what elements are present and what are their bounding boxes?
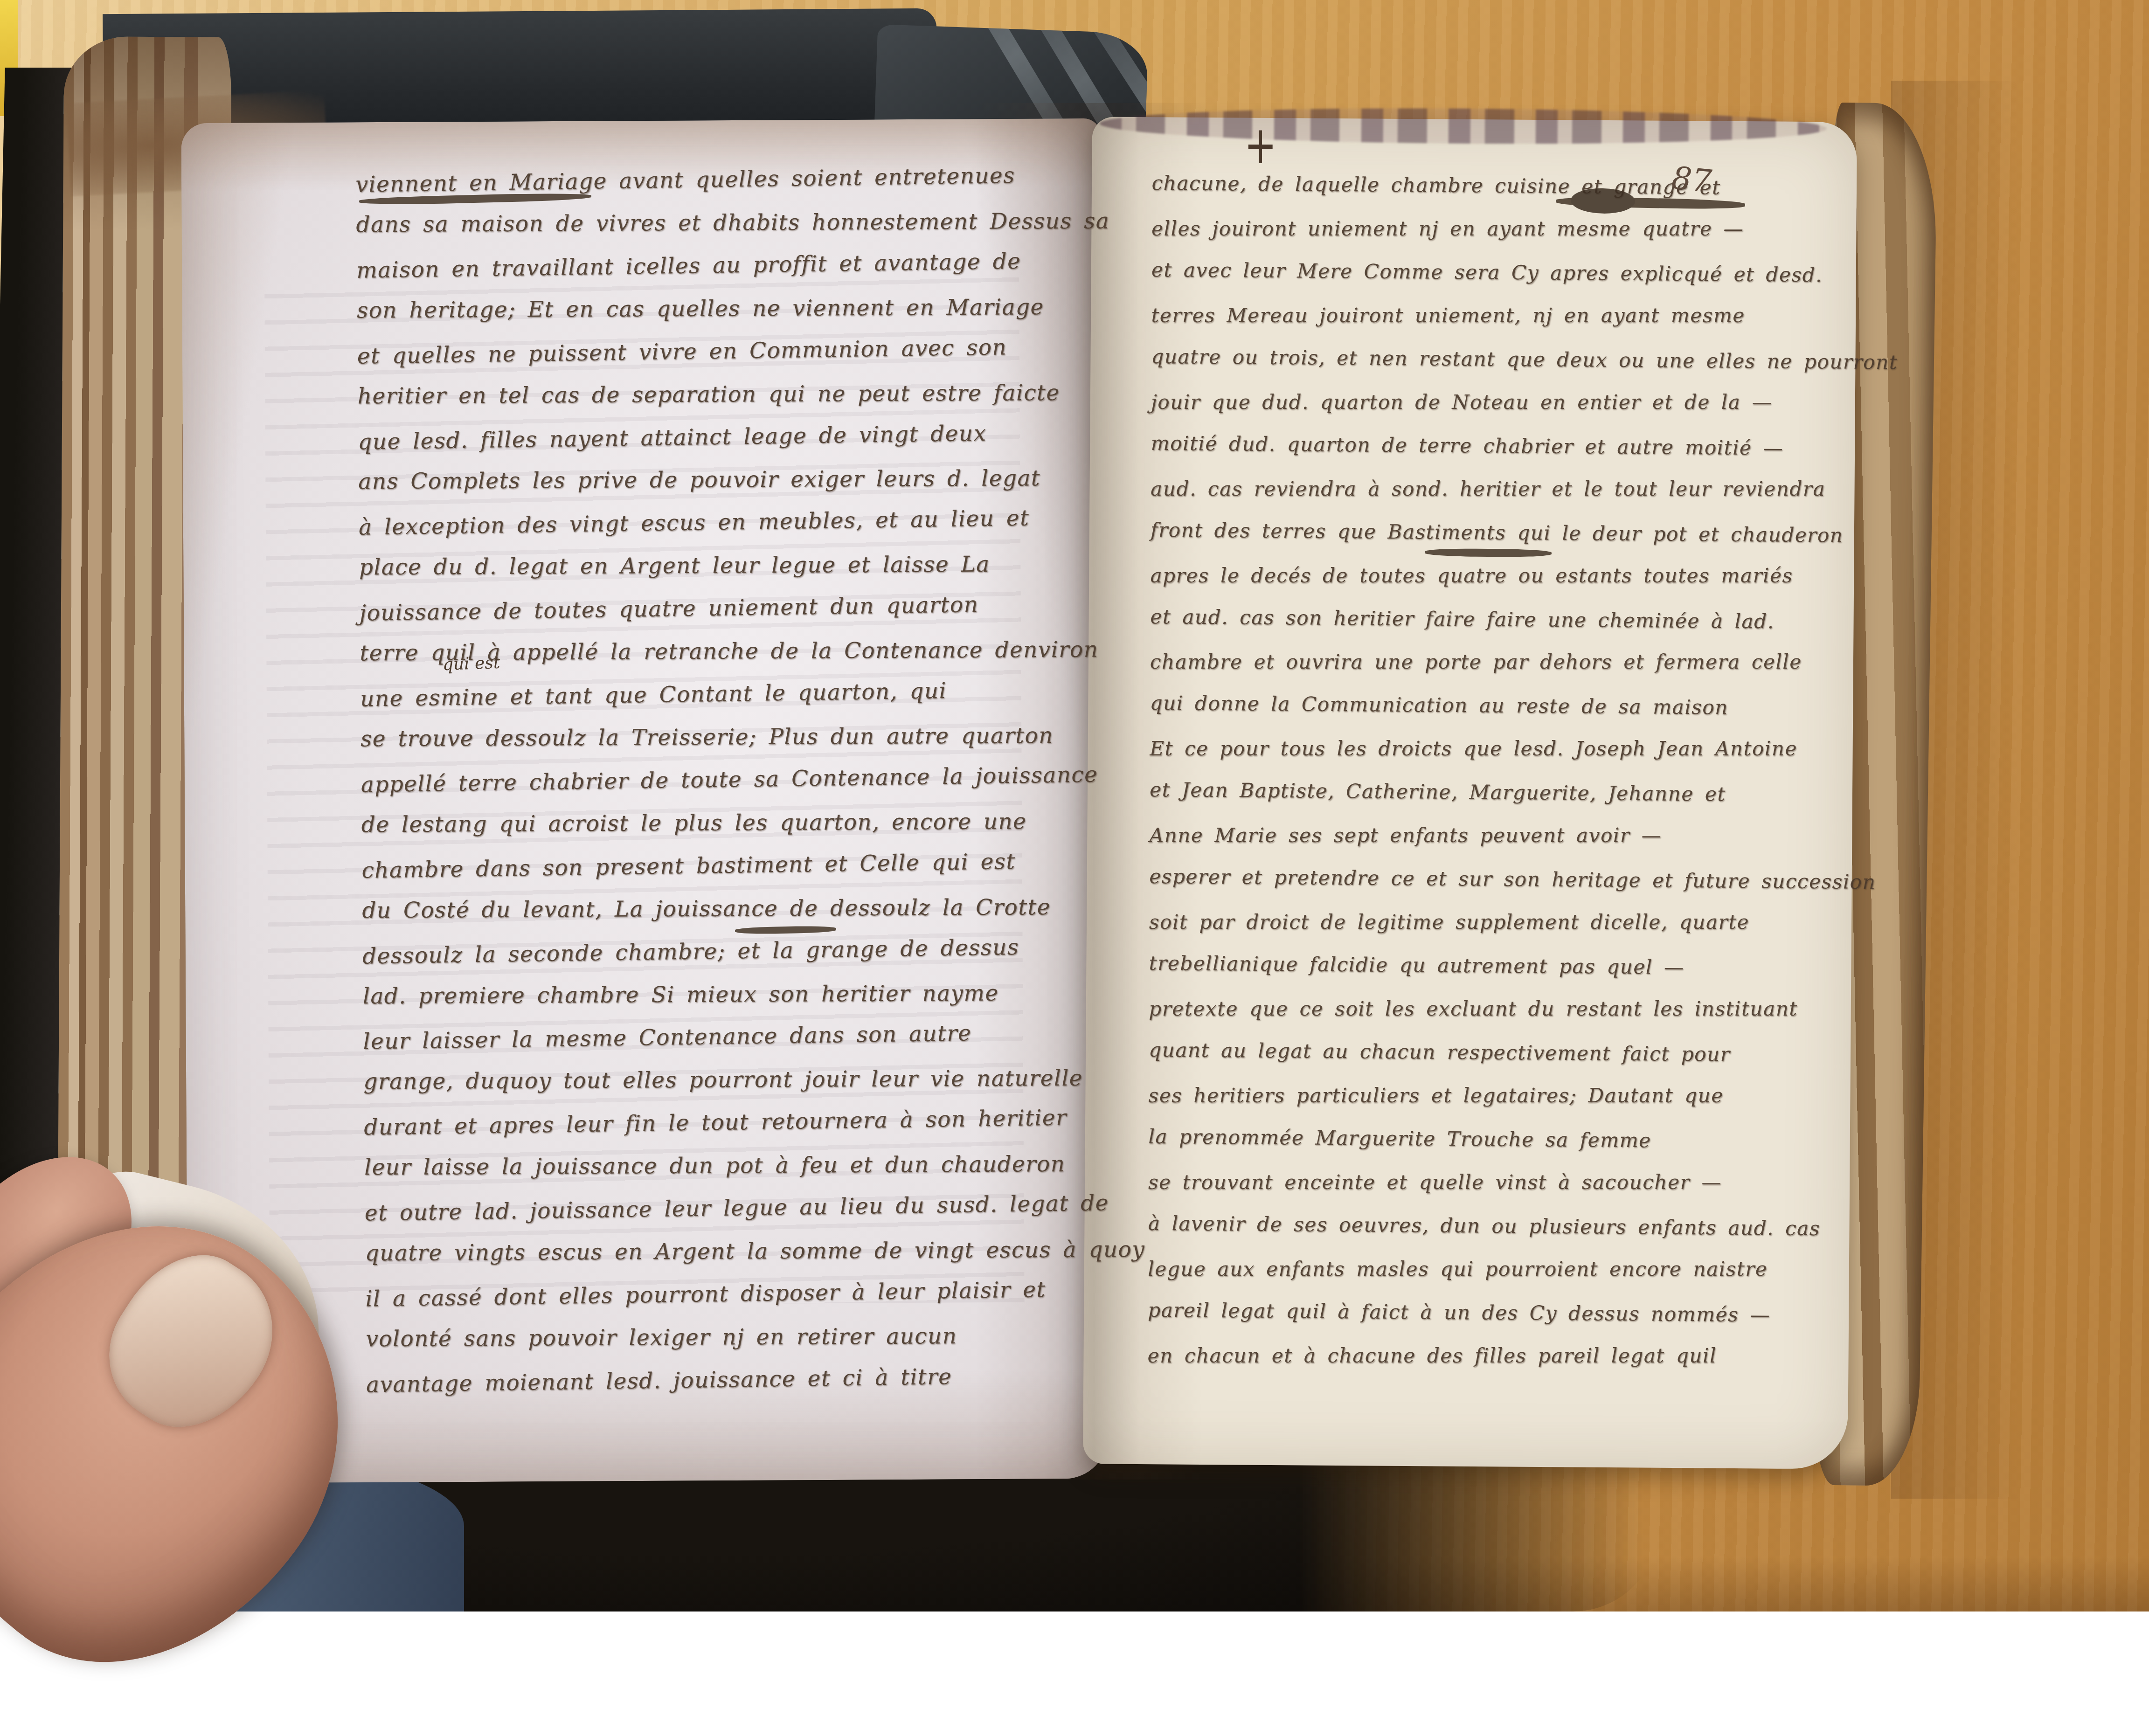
left-page-text: viennent en Mariage avant quelles soient… — [356, 165, 1012, 1413]
manuscript-line: ans Complets les prive de pouvoir exiger… — [358, 466, 1003, 512]
manuscript-line: et aud. cas son heritier faire faire une… — [1150, 605, 1752, 653]
manuscript-line: viennent en Mariage avant quelles soient… — [355, 163, 1001, 215]
manuscript-line: une esmine et tant que Contant le quarto… — [360, 678, 1005, 729]
manuscript-line: heritier en tel cas de separation qui ne… — [358, 380, 1003, 427]
manuscript-line: Anne Marie ses sept enfants peuvent avoi… — [1150, 824, 1751, 868]
manuscript-line: en chacun et à chacune des filles pareil… — [1148, 1344, 1749, 1388]
manuscript-line: lad. premiere chambre Si mieux son herit… — [363, 981, 1008, 1027]
manuscript-line: qui donne la Communication au reste de s… — [1150, 692, 1752, 740]
manuscript-line: apres le decés de toutes quatre ou estan… — [1151, 564, 1752, 608]
manuscript-line: maison en travaillant icelles au proffit… — [356, 249, 1002, 301]
manuscript-line: que lesd. filles nayent attainct leage d… — [358, 420, 1003, 472]
cross-annotation-mark: + — [1244, 115, 1277, 176]
manuscript-line: se trouvant enceinte et quelle vinst à s… — [1148, 1171, 1750, 1214]
manuscript-line: volonté sans pouvoir lexiger nj en retir… — [366, 1323, 1011, 1369]
manuscript-line: et avec leur Mere Comme sera Cy apres ex… — [1151, 258, 1754, 306]
manuscript-line: Et ce pour tous les droicts que lesd. Jo… — [1150, 738, 1751, 781]
manuscript-line: leur laisse la jouissance dun pot à feu … — [364, 1152, 1009, 1198]
page-number: 87 — [1670, 159, 1713, 199]
manuscript-line: leur laisser la mesme Contenance dans so… — [363, 1020, 1008, 1072]
manuscript-line: à lavenir de ses oeuvres, dun ou plusieu… — [1148, 1212, 1750, 1260]
manuscript-line: appellé terre chabrier de toute sa Conte… — [361, 763, 1006, 815]
manuscript-line: aud. cas reviendra à sond. heritier et l… — [1151, 477, 1752, 521]
manuscript-line: ses heritiers particuliers et legataires… — [1149, 1084, 1750, 1127]
manuscript-line: jouissance de toutes quatre uniement dun… — [359, 592, 1005, 643]
manuscript-line: chambre et ouvrira une porte par dehors … — [1150, 651, 1752, 694]
manuscript-line: jouir que dud. quarton de Noteau en enti… — [1151, 391, 1753, 434]
manuscript-line: terres Mereau jouiront uniement, nj en a… — [1151, 304, 1753, 347]
manuscript-line: dessoulz la seconde chambre; et la grang… — [362, 934, 1008, 986]
manuscript-line: à lexception des vingt escus en meubles,… — [359, 506, 1004, 558]
manuscript-line: et quelles ne puissent vivre en Communio… — [357, 334, 1003, 386]
manuscript-line: pareil legat quil à faict à un des Cy de… — [1148, 1299, 1750, 1347]
manuscript-line: pretexte que ce soit les excluant du res… — [1149, 997, 1750, 1041]
manuscript-line: avantage moienant lesd. jouissance et ci… — [366, 1363, 1012, 1415]
manuscript-line: soit par droict de legitime supplement d… — [1149, 911, 1751, 954]
manuscript-line: quatre vingts escus en Argent la somme d… — [365, 1238, 1010, 1284]
interline-note: qui est — [443, 653, 501, 674]
manuscript-line: il a cassé dont elles pourront disposer … — [365, 1278, 1011, 1329]
manuscript-line: dans sa maison de vivres et dhabits honn… — [356, 209, 1001, 255]
manuscript-line: de lestang qui acroist le plus les quart… — [361, 809, 1006, 855]
manuscript-line: moitié dud. quarton de terre chabrier et… — [1151, 432, 1753, 480]
manuscript-line: son heritage; Et en cas quelles ne vienn… — [357, 295, 1002, 341]
manuscript-line: elles jouiront uniement nj en ayant mesm… — [1151, 217, 1753, 261]
manuscript-line: quant au legat au chacun respectivement … — [1149, 1038, 1751, 1086]
manuscript-line: se trouve dessoulz la Treisserie; Plus d… — [360, 723, 1005, 769]
manuscript-line: la prenommée Marguerite Trouche sa femme — [1148, 1125, 1750, 1173]
manuscript-line: esperer et pretendre ce et sur son herit… — [1149, 865, 1751, 913]
manuscript-line: legue aux enfants masles qui pourroient … — [1148, 1258, 1750, 1301]
manuscript-line: front des terres que Bastiments qui le d… — [1151, 519, 1753, 567]
manuscript-photo: viennent en Mariage avant quelles soient… — [0, 0, 2149, 1612]
manuscript-line: trebellianique falcidie qu autrement pas… — [1149, 952, 1751, 1000]
manuscript-line: du Costé du levant, La jouissance de des… — [362, 895, 1007, 941]
manuscript-line: grange, duquoy tout elles pourront jouir… — [364, 1066, 1009, 1112]
manuscript-line: place du d. legat en Argent leur legue e… — [359, 552, 1004, 598]
right-page-text: chacune, de laquelle chambre cuisine et … — [1148, 173, 1754, 1389]
manuscript-line: chambre dans son present bastiment et Ce… — [361, 849, 1007, 901]
manuscript-line: quatre ou trois, et nen restant que deux… — [1151, 345, 1753, 393]
manuscript-line: et outre lad. jouissance leur legue au l… — [365, 1192, 1010, 1244]
manuscript-line: chacune, de laquelle chambre cuisine et … — [1151, 172, 1754, 220]
manuscript-line: durant et apres leur fin le tout retourn… — [364, 1106, 1009, 1158]
manuscript-line: et Jean Baptiste, Catherine, Marguerite,… — [1150, 779, 1752, 827]
